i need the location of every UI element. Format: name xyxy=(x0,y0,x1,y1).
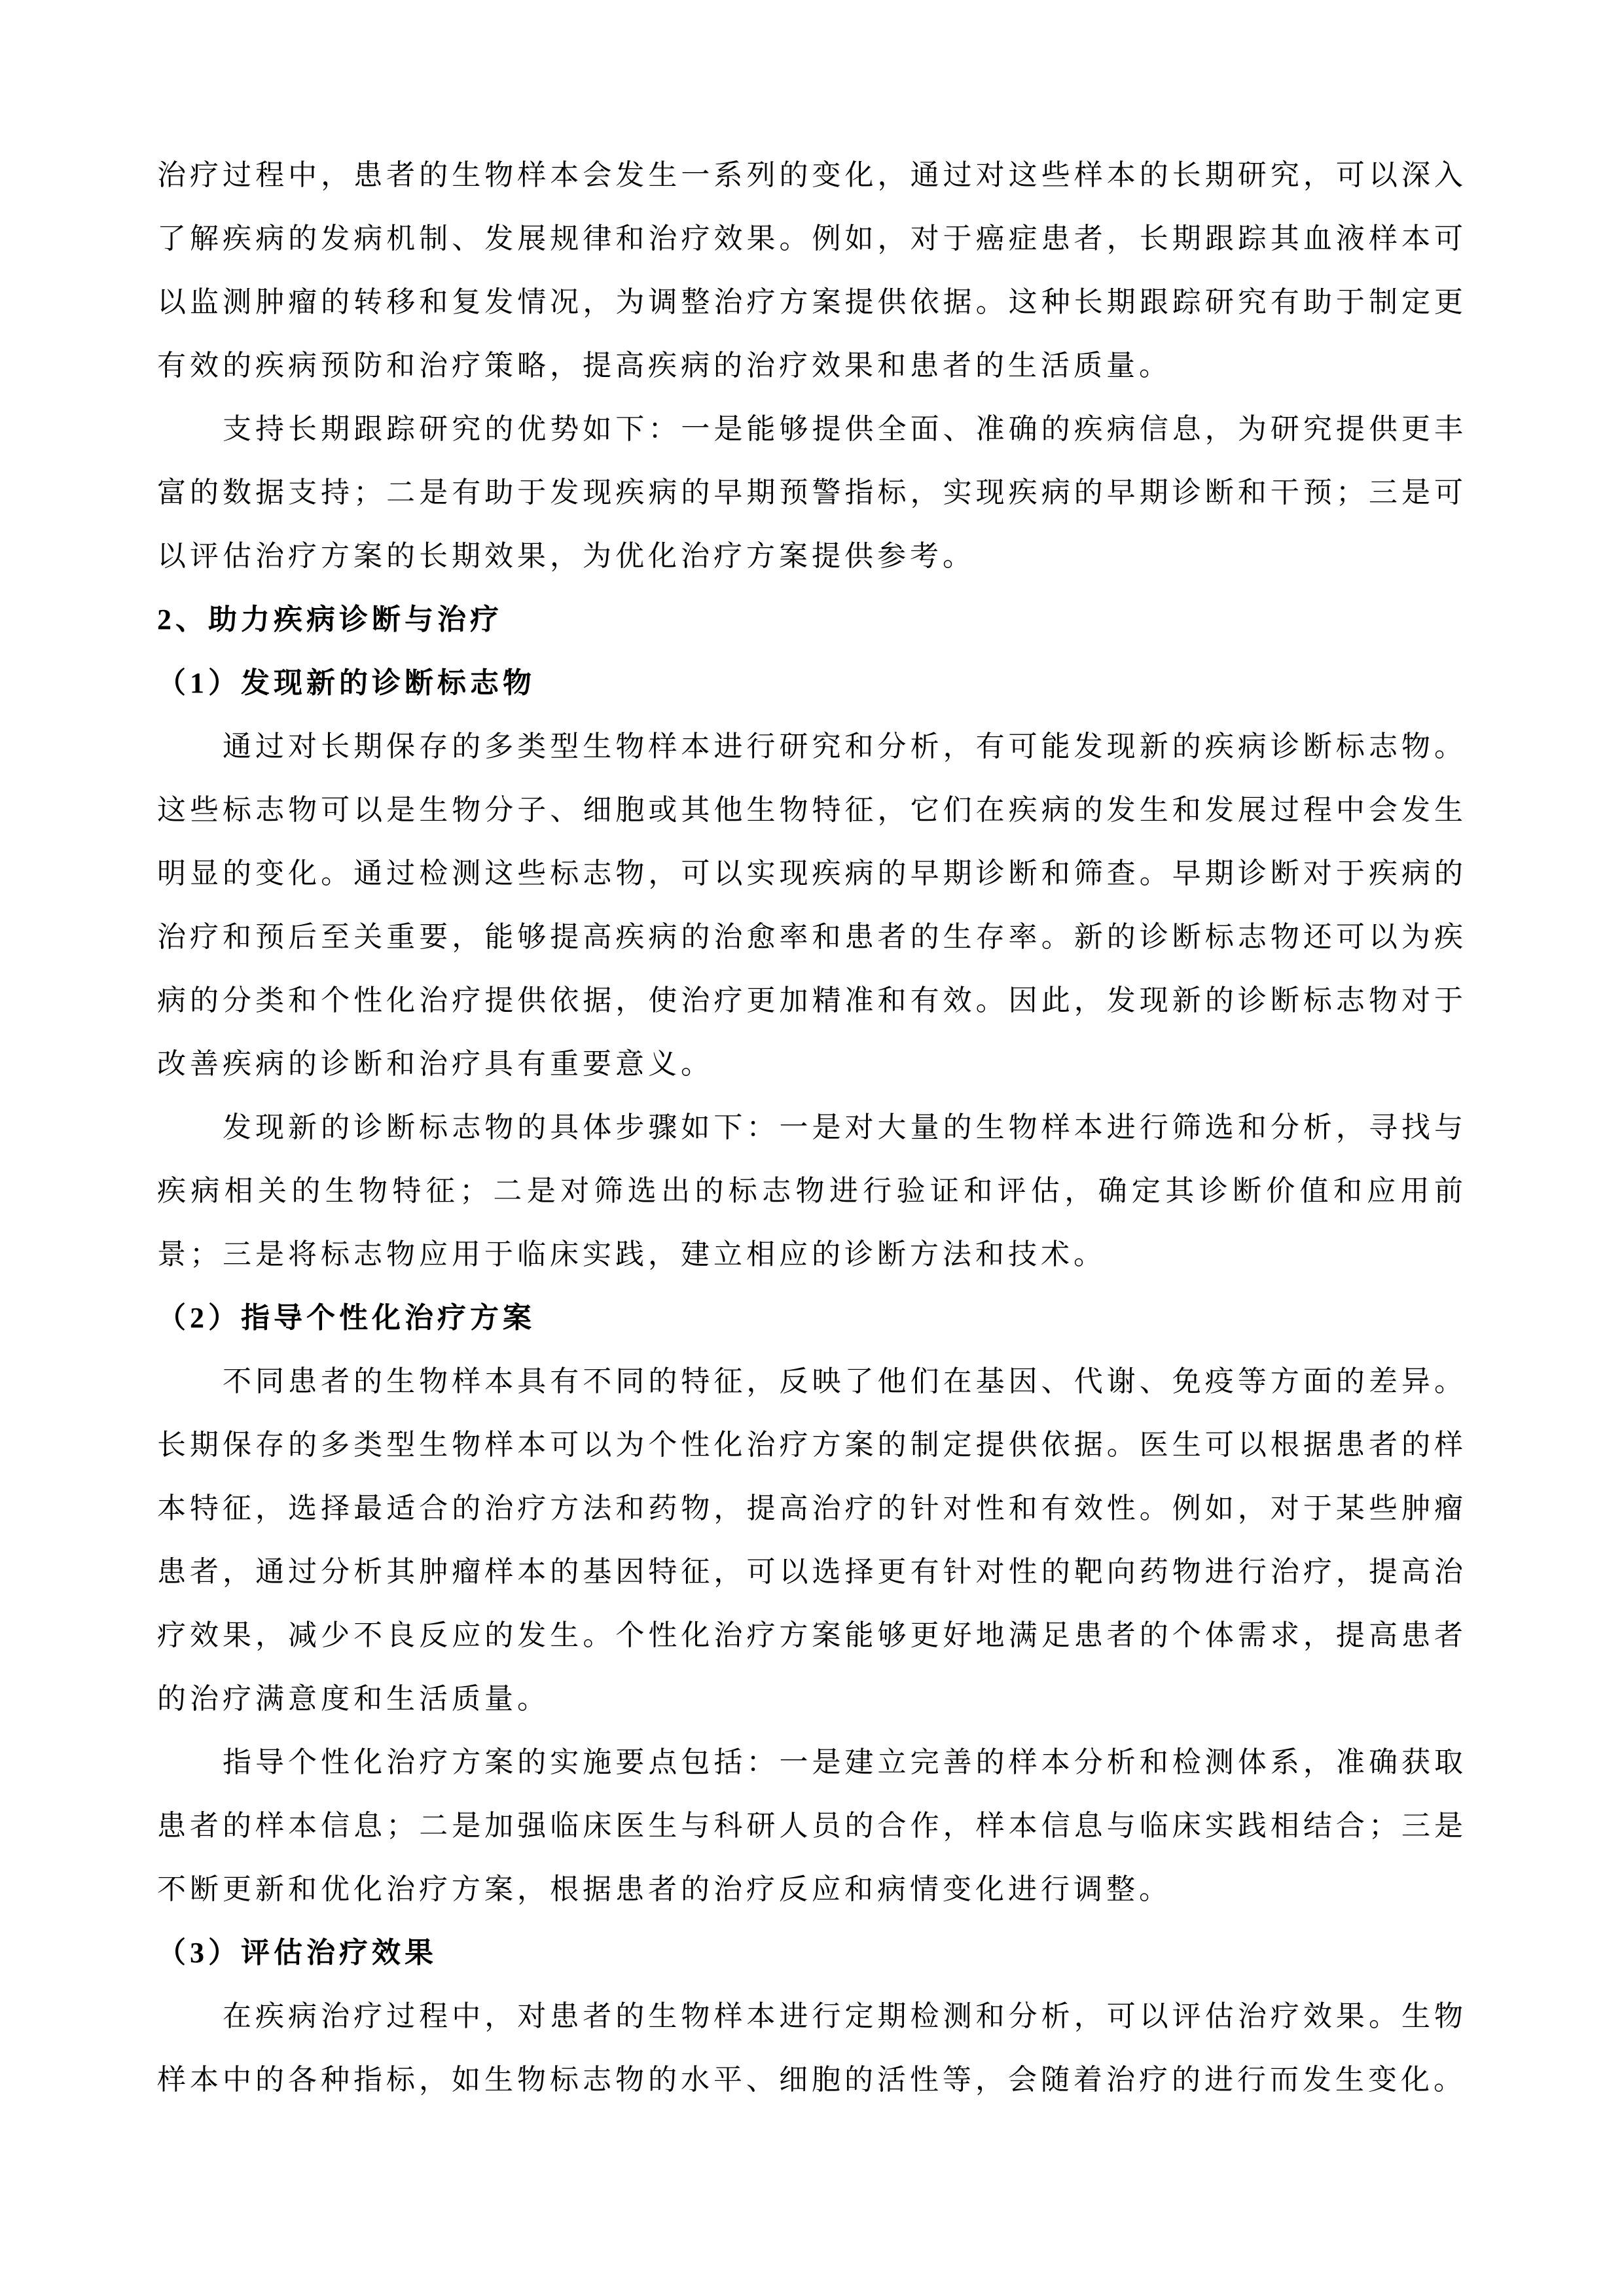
paragraph-line: 患者的样本信息；二是加强临床医生与科研人员的合作，样本信息与临床实践相结合；三是 xyxy=(157,1794,1466,1857)
section-heading: （2）指导个性化治疗方案 xyxy=(157,1286,1466,1350)
paragraph-line: 不断更新和优化治疗方案，根据患者的治疗反应和病情变化进行调整。 xyxy=(157,1857,1466,1921)
paragraph-line: 发现新的诊断标志物的具体步骤如下：一是对大量的生物样本进行筛选和分析，寻找与 xyxy=(157,1096,1466,1159)
paragraph-line: 以监测肿瘤的转移和复发情况，为调整治疗方案提供依据。这种长期跟踪研究有助于制定更 xyxy=(157,270,1466,334)
paragraph-line: 了解疾病的发病机制、发展规律和治疗效果。例如，对于癌症患者，长期跟踪其血液样本可 xyxy=(157,207,1466,270)
paragraph-line: 改善疾病的诊断和治疗具有重要意义。 xyxy=(157,1032,1466,1096)
paragraph-line: 长期保存的多类型生物样本可以为个性化治疗方案的制定提供依据。医生可以根据患者的样 xyxy=(157,1413,1466,1477)
paragraph-line: 样本中的各种指标，如生物标志物的水平、细胞的活性等，会随着治疗的进行而发生变化。 xyxy=(157,2048,1466,2111)
paragraph-line: 病的分类和个性化治疗提供依据，使治疗更加精准和有效。因此，发现新的诊断标志物对于 xyxy=(157,969,1466,1032)
paragraph-line: 支持长期跟踪研究的优势如下：一是能够提供全面、准确的疾病信息，为研究提供更丰 xyxy=(157,397,1466,461)
section-heading: （1）发现新的诊断标志物 xyxy=(157,651,1466,715)
paragraph-line: 的治疗满意度和生活质量。 xyxy=(157,1667,1466,1731)
document-body: 治疗过程中，患者的生物样本会发生一系列的变化，通过对这些样本的长期研究，可以深入… xyxy=(157,143,1466,2111)
paragraph-line: 明显的变化。通过检测这些标志物，可以实现疾病的早期诊断和筛查。早期诊断对于疾病的 xyxy=(157,842,1466,905)
paragraph-line: 以评估治疗方案的长期效果，为优化治疗方案提供参考。 xyxy=(157,524,1466,588)
paragraph-line: 富的数据支持；二是有助于发现疾病的早期预警指标，实现疾病的早期诊断和干预；三是可 xyxy=(157,461,1466,524)
paragraph-line: 指导个性化治疗方案的实施要点包括：一是建立完善的样本分析和检测体系，准确获取 xyxy=(157,1731,1466,1794)
paragraph-line: 在疾病治疗过程中，对患者的生物样本进行定期检测和分析，可以评估治疗效果。生物 xyxy=(157,1984,1466,2048)
paragraph-line: 患者，通过分析其肿瘤样本的基因特征，可以选择更有针对性的靶向药物进行治疗，提高治 xyxy=(157,1540,1466,1604)
paragraph-line: 通过对长期保存的多类型生物样本进行研究和分析，有可能发现新的疾病诊断标志物。 xyxy=(157,715,1466,778)
paragraph-line: 不同患者的生物样本具有不同的特征，反映了他们在基因、代谢、免疫等方面的差异。 xyxy=(157,1350,1466,1413)
paragraph-line: 疾病相关的生物特征；二是对筛选出的标志物进行验证和评估，确定其诊断价值和应用前 xyxy=(157,1159,1466,1223)
paragraph-line: 疗效果，减少不良反应的发生。个性化治疗方案能够更好地满足患者的个体需求，提高患者 xyxy=(157,1604,1466,1667)
paragraph-line: 这些标志物可以是生物分子、细胞或其他生物特征，它们在疾病的发生和发展过程中会发生 xyxy=(157,778,1466,842)
section-heading: 2、助力疾病诊断与治疗 xyxy=(157,588,1466,651)
paragraph-line: 本特征，选择最适合的治疗方法和药物，提高治疗的针对性和有效性。例如，对于某些肿瘤 xyxy=(157,1477,1466,1540)
paragraph-line: 有效的疾病预防和治疗策略，提高疾病的治疗效果和患者的生活质量。 xyxy=(157,334,1466,397)
paragraph-line: 景；三是将标志物应用于临床实践，建立相应的诊断方法和技术。 xyxy=(157,1223,1466,1286)
document-page: 治疗过程中，患者的生物样本会发生一系列的变化，通过对这些样本的长期研究，可以深入… xyxy=(0,0,1624,2296)
section-heading: （3）评估治疗效果 xyxy=(157,1921,1466,1984)
paragraph-line: 治疗和预后至关重要，能够提高疾病的治愈率和患者的生存率。新的诊断标志物还可以为疾 xyxy=(157,905,1466,969)
paragraph-line: 治疗过程中，患者的生物样本会发生一系列的变化，通过对这些样本的长期研究，可以深入 xyxy=(157,143,1466,207)
